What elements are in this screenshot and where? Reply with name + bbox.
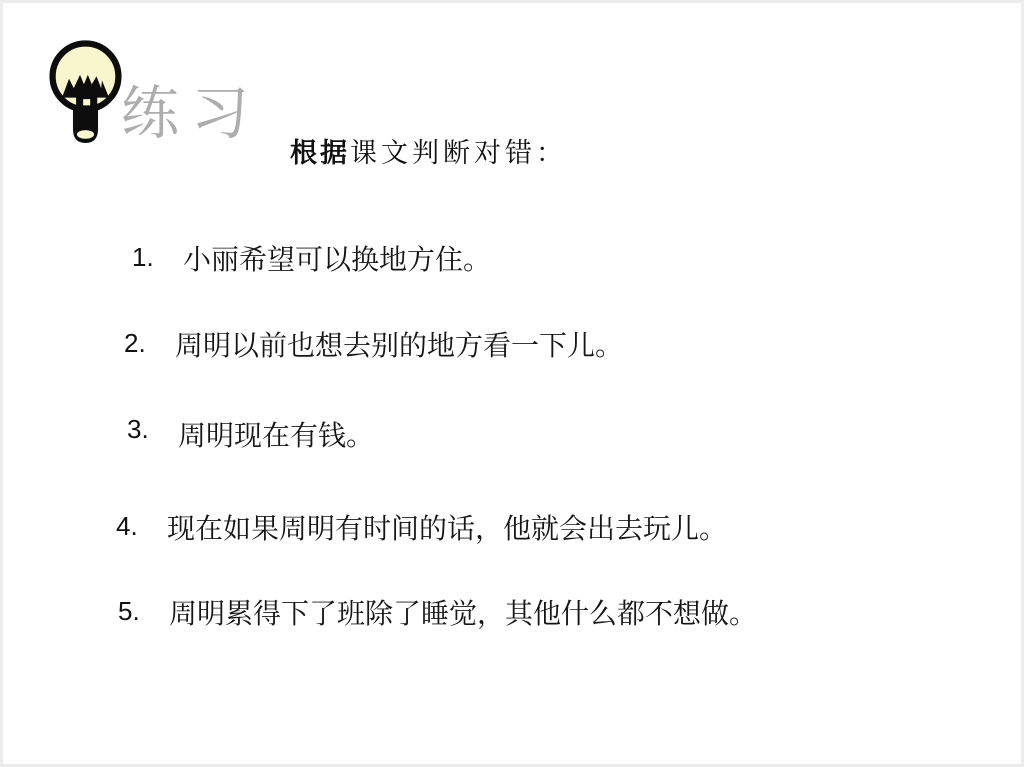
list-item-4-number: 4. [116,513,167,539]
list-item-2-text: 周明以前也想去别的地方看一下儿。 [175,330,623,361]
list-item-3-number: 3. [127,416,178,442]
page-title: 练习 [121,85,261,143]
list-item-2: 2.周明以前也想去别的地方看一下儿。 [124,332,623,360]
lightbulb-icon-svg [46,38,125,154]
lightbulb-icon [46,38,125,154]
list-item-5-number: 5. [118,598,169,624]
instruction-heading-rest: 课文判断对错： [350,138,567,168]
list-item-1-text: 小丽希望可以换地方住。 [183,244,491,275]
list-item-5-text: 周明累得下了班除了睡觉，其他什么都不想做。 [169,598,757,629]
instruction-heading: 根据课文判断对错： [290,139,567,169]
instruction-heading-bold: 根据 [290,138,350,168]
list-item-5: 5.周明累得下了班除了睡觉，其他什么都不想做。 [118,600,757,628]
list-item-4: 4.现在如果周明有时间的话，他就会出去玩儿。 [116,515,727,543]
list-item-2-number: 2. [124,330,175,356]
list-item-3-text: 周明现在有钱。 [178,420,374,451]
list-item-3: 3.周明现在有钱。 [127,422,374,450]
list-item-1: 1.小丽希望可以换地方住。 [132,246,491,274]
list-item-1-number: 1. [132,244,183,270]
list-item-4-text: 现在如果周明有时间的话，他就会出去玩儿。 [167,513,727,544]
slide: 练习 根据课文判断对错： 1.小丽希望可以换地方住。 2.周明以前也想去别的地方… [0,0,1024,767]
